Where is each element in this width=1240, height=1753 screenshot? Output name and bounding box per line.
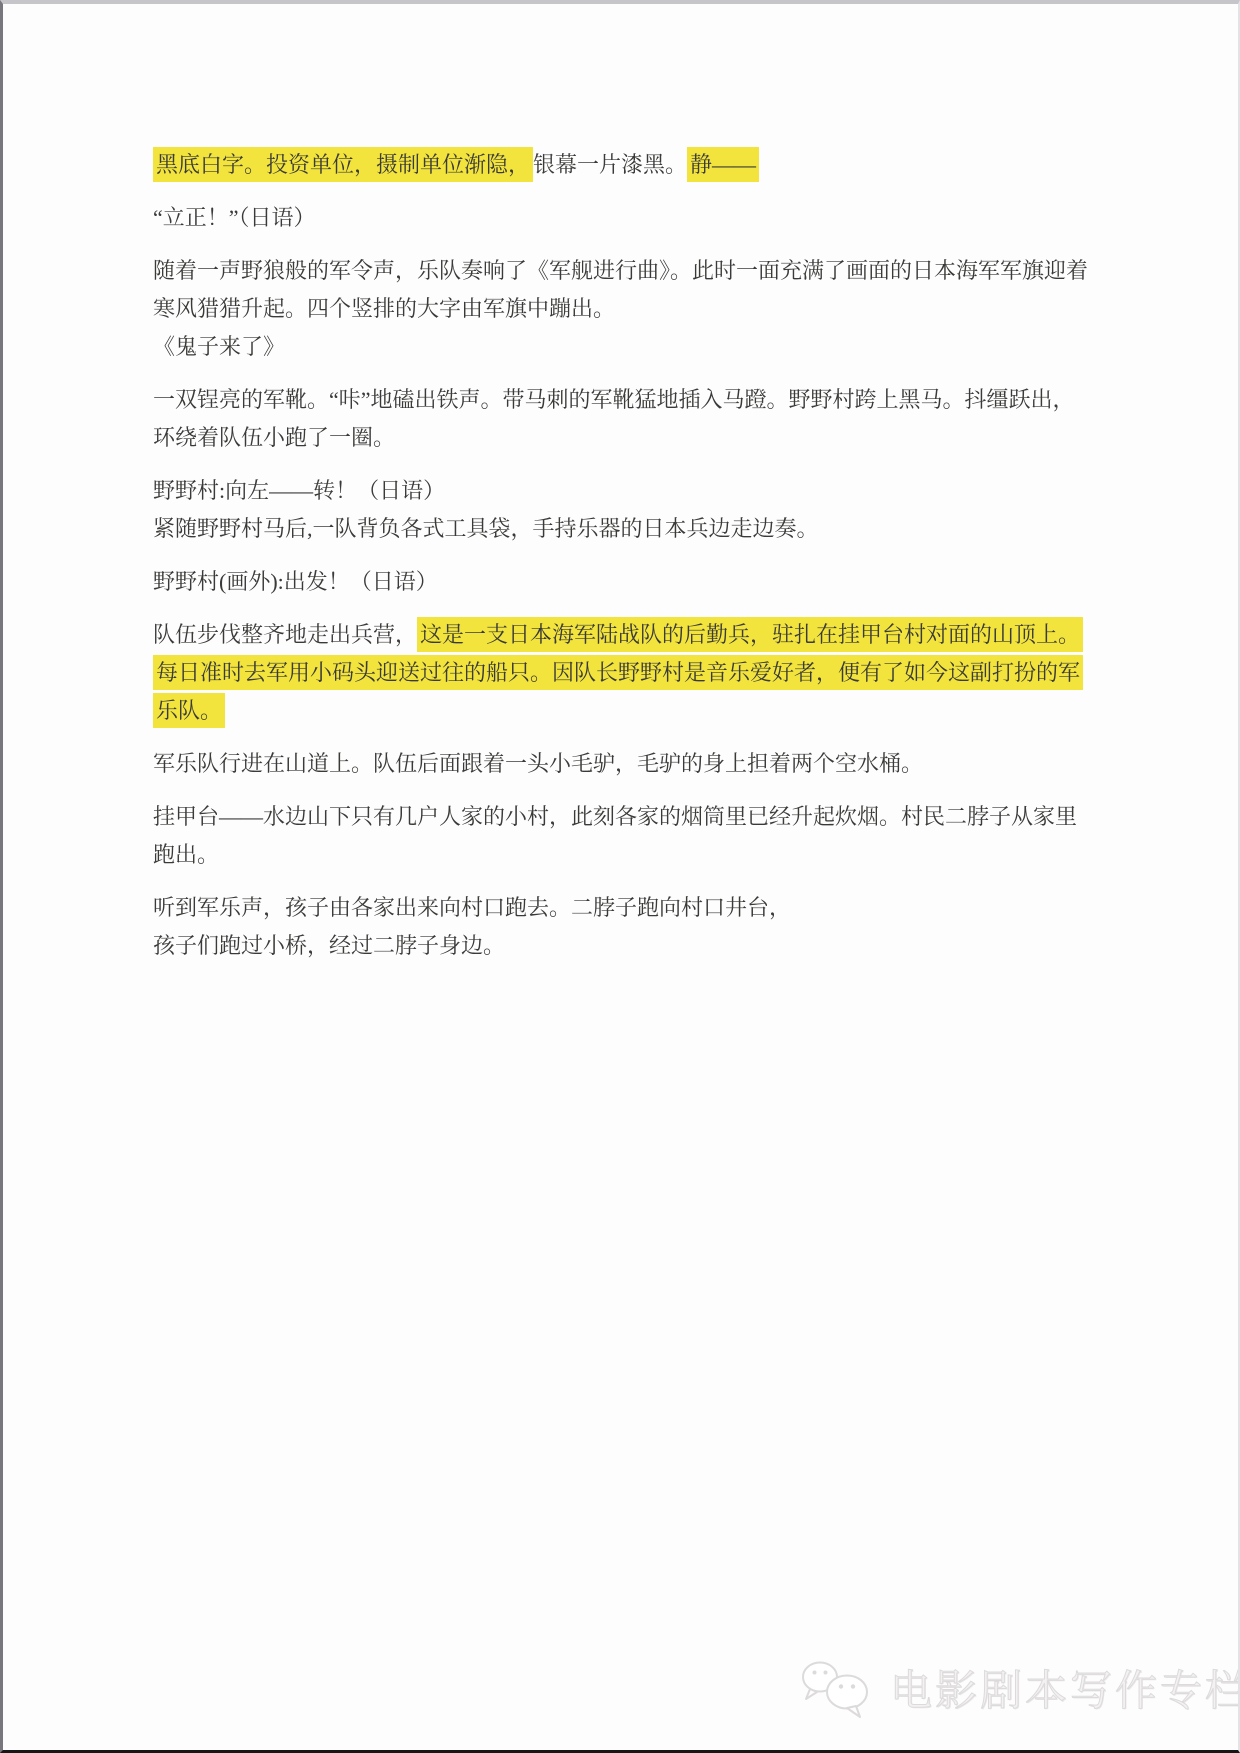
text-run: 紧随野野村马后,一队背负各式工具袋，手持乐器的日本兵边走边奏。 bbox=[153, 516, 819, 541]
paragraph: 一双锃亮的军靴。“咔”地磕出铁声。带马刺的军靴猛地插入马蹬。野野村跨上黑马。抖缰… bbox=[153, 381, 1094, 457]
script-page: { "page": { "background": "#fdfdfd", "te… bbox=[0, 0, 1240, 1753]
highlighted-text: 每日准时去军用小码头迎送过往的船只。因队长野野村是音乐爱好者，便有了如今这副打扮… bbox=[153, 655, 1083, 728]
text-run: 野野村(画外):出发！（日语） bbox=[153, 569, 438, 594]
highlighted-text: 黑底白字。投资单位，摄制单位渐隐， bbox=[153, 147, 533, 182]
paragraph: 随着一声野狼般的军令声，乐队奏响了《军舰进行曲》。此时一面充满了画面的日本海军军… bbox=[153, 252, 1094, 366]
paragraph: 野野村:向左——转！（日语）紧随野野村马后,一队背负各式工具袋，手持乐器的日本兵… bbox=[153, 472, 1094, 548]
paragraph: 队伍步伐整齐地走出兵营，这是一支日本海军陆战队的后勤兵，驻扎在挂甲台村对面的山顶… bbox=[153, 616, 1094, 730]
highlighted-text: 静—— bbox=[687, 147, 759, 182]
text-run: 随着一声野狼般的军令声，乐队奏响了《军舰进行曲》。此时一面充满了画面的日本海军军… bbox=[153, 258, 1088, 321]
text-run: 一双锃亮的军靴。“咔”地磕出铁声。带马刺的军靴猛地插入马蹬。野野村跨上黑马。抖缰… bbox=[153, 387, 1075, 450]
watermark-label: 电影剧本写作专栏 bbox=[890, 1658, 1240, 1718]
text-run: 军乐队行进在山道上。队伍后面跟着一头小毛驴，毛驴的身上担着两个空水桶。 bbox=[153, 751, 923, 776]
text-run: 队伍步伐整齐地走出兵营， bbox=[153, 622, 417, 647]
text-run: 听到军乐声，孩子由各家出来向村口跑去。二脖子跑向村口井台， bbox=[153, 895, 791, 920]
text-run: 银幕一片漆黑。 bbox=[533, 152, 687, 177]
watermark: 电影剧本写作专栏 bbox=[796, 1656, 1240, 1720]
paragraph: 听到军乐声，孩子由各家出来向村口跑去。二脖子跑向村口井台，孩子们跑过小桥，经过二… bbox=[153, 889, 1094, 965]
text-run: 挂甲台——水边山下只有几户人家的小村，此刻各家的烟筒里已经升起炊烟。村民二脖子从… bbox=[153, 804, 1077, 867]
paragraph: “立正！”（日语） bbox=[153, 199, 1094, 237]
text-run: 《鬼子来了》 bbox=[153, 334, 285, 359]
text-run: 野野村:向左——转！（日语） bbox=[153, 478, 445, 503]
highlighted-text: 这是一支日本海军陆战队的后勤兵，驻扎在挂甲台村对面的山顶上。 bbox=[417, 617, 1083, 652]
text-run: 孩子们跑过小桥，经过二脖子身边。 bbox=[153, 933, 505, 958]
text-run: “立正！”（日语） bbox=[153, 205, 316, 230]
paragraph: 军乐队行进在山道上。队伍后面跟着一头小毛驴，毛驴的身上担着两个空水桶。 bbox=[153, 745, 1094, 783]
paragraph: 野野村(画外):出发！（日语） bbox=[153, 563, 1094, 601]
paragraph: 黑底白字。投资单位，摄制单位渐隐，银幕一片漆黑。静—— bbox=[153, 146, 1094, 184]
wechat-logo-icon bbox=[796, 1656, 878, 1720]
paragraph: 挂甲台——水边山下只有几户人家的小村，此刻各家的烟筒里已经升起炊烟。村民二脖子从… bbox=[153, 798, 1094, 874]
document-body: 黑底白字。投资单位，摄制单位渐隐，银幕一片漆黑。静——“立正！”（日语）随着一声… bbox=[3, 4, 1238, 965]
